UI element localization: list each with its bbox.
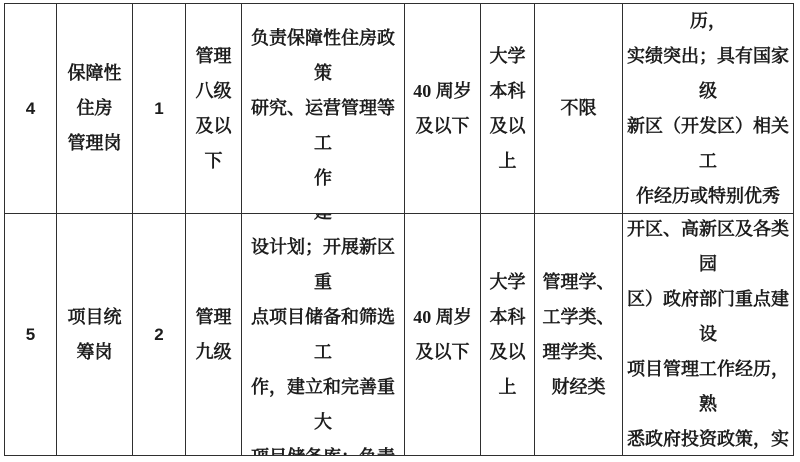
cell-other-requirements: 具有 3 年以上设区市 级（含国家级新区、经 开区、高新区及各类园 区）政府部门…	[623, 214, 793, 455]
cell-other-requirements: 具有 3 年以上机关事 业单位相关工作经历， 实绩突出；具有国家级 新区（开发区…	[623, 4, 793, 214]
cell-age-requirement: 40 周岁 及以下	[405, 214, 481, 455]
cell-education-requirement: 大学 本科 及以 上	[481, 214, 535, 455]
cell-education-requirement: 大学 本科 及以 上	[481, 4, 535, 214]
cell-major-requirement: 不限	[535, 4, 623, 214]
cell-position-name: 项目统 筹岗	[57, 214, 133, 455]
cell-position-name: 保障性 住房 管理岗	[57, 4, 133, 214]
cell-age-requirement: 40 周岁 及以下	[405, 4, 481, 214]
cell-duties: 负责保障性住房政策 研究、运营管理等工 作	[242, 4, 405, 214]
cell-headcount: 2	[133, 214, 186, 455]
cell-major-requirement: 管理学、 工学类、 理学类、 财经类	[535, 214, 623, 455]
cell-headcount: 1	[133, 4, 186, 214]
job-position-table: 4 保障性 住房 管理岗 1 管理 八级 及以 下 负责保障性住房政策 研究、运…	[4, 3, 794, 456]
cell-row-number: 4	[5, 4, 57, 214]
cell-row-number: 5	[5, 214, 57, 455]
cell-rank: 管理 八级 及以 下	[186, 4, 242, 214]
cell-duties: 负责编制新区重点建 设项目规划和年度建 设计划；开展新区重 点项目储备和筛选工 …	[242, 214, 405, 455]
cell-rank: 管理 九级	[186, 214, 242, 455]
